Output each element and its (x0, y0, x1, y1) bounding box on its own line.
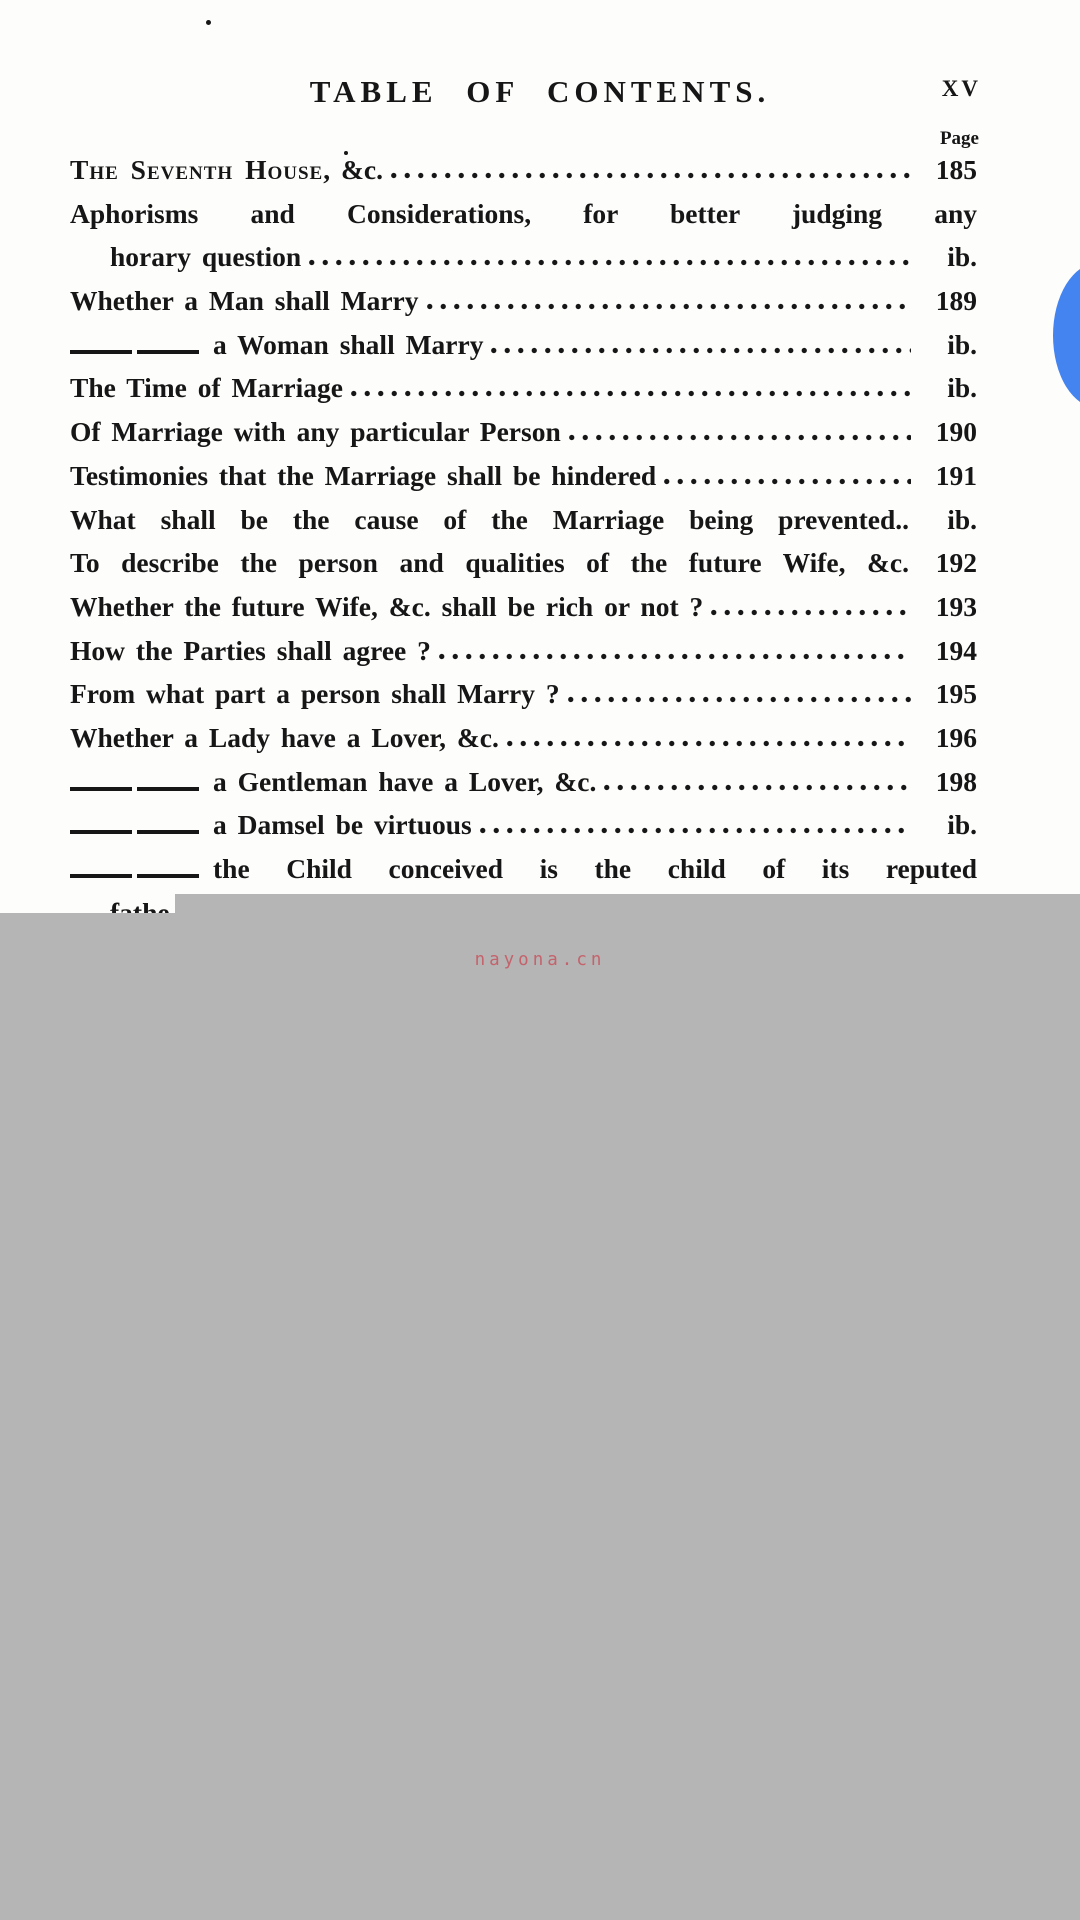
toc-list: The Seventh House, &c.185Aphorisms and C… (70, 148, 977, 934)
toc-entry: To describe the person and qualities of … (70, 541, 977, 585)
watermark-text: nayona.cn (0, 950, 1080, 970)
toc-entry: a Damsel be virtuousib. (70, 803, 977, 847)
toc-entry-page-number: 192 (921, 541, 977, 585)
leader-dots (476, 827, 911, 834)
toc-entry: the Child conceived is the child of its … (70, 847, 977, 891)
toc-entry: How the Parties shall agree ?194 (70, 629, 977, 673)
ink-speck (206, 20, 211, 25)
gray-redaction-notch (175, 894, 1080, 913)
gray-redaction-area (0, 913, 1080, 1920)
page-title: TABLE OF CONTENTS. (0, 74, 1080, 110)
leader-dots (564, 696, 911, 703)
leader-dots (387, 172, 911, 179)
leader-dots (305, 259, 911, 266)
leader-dots (487, 347, 911, 354)
toc-entry: Whether the future Wife, &c. shall be ri… (70, 585, 977, 629)
toc-entry-label: To describe the person and qualities of … (70, 541, 909, 585)
toc-entry: Aphorisms and Considerations, for better… (70, 192, 977, 236)
toc-entry-label: What shall be the cause of the Marriage … (70, 498, 909, 542)
toc-entry: Whether a Man shall Marry189 (70, 279, 977, 323)
toc-entry-page-number: 191 (921, 454, 977, 498)
toc-entry-page-number: 194 (921, 629, 977, 673)
toc-entry: The Seventh House, &c.185 (70, 148, 977, 192)
toc-entry: horary questionib. (70, 235, 977, 279)
toc-entry-label: a Gentleman have a Lover, &c. (213, 760, 596, 804)
toc-entry: a Gentleman have a Lover, &c.198 (70, 760, 977, 804)
folio-number: XV (942, 76, 981, 102)
toc-entry-label: Whether a Man shall Marry (70, 279, 419, 323)
toc-entry-page-number: ib. (921, 323, 977, 367)
toc-entry-page-number: 189 (921, 279, 977, 323)
toc-entry-label: Whether a Lady have a Lover, &c. (70, 716, 499, 760)
toc-entry-label: a Damsel be virtuous (213, 803, 472, 847)
toc-entry-label: From what part a person shall Marry ? (70, 672, 560, 716)
toc-entry-label: The Time of Marriage (70, 366, 343, 410)
leader-dots (503, 740, 911, 747)
toc-entry-label: horary question (70, 235, 301, 279)
leader-dots (707, 609, 911, 616)
toc-entry-label: a Woman shall Marry (213, 323, 483, 367)
leader-dots (347, 390, 911, 397)
ditto-dash-rule (70, 803, 199, 847)
toc-entry-page-number: ib. (921, 803, 977, 847)
toc-entry-page-number: ib. (921, 235, 977, 279)
toc-entry: From what part a person shall Marry ?195 (70, 672, 977, 716)
toc-entry-page-number: 193 (921, 585, 977, 629)
leader-dots (660, 478, 911, 485)
toc-entry-smallcaps: The Seventh House (70, 154, 323, 185)
ditto-dash-rule (70, 323, 199, 367)
ditto-dash-rule (70, 760, 199, 804)
toc-entry: Testimonies that the Marriage shall be h… (70, 454, 977, 498)
toc-entry-label: Aphorisms and Considerations, for better… (70, 192, 977, 236)
toc-entry-page-number: 196 (921, 716, 977, 760)
page-column-header: Page (940, 128, 979, 150)
blue-edge-bubble[interactable] (1053, 263, 1080, 408)
toc-entry-label: Whether the future Wife, &c. shall be ri… (70, 585, 703, 629)
toc-entry-label: How the Parties shall agree ? (70, 629, 431, 673)
toc-entry-page-number: 185 (921, 148, 977, 192)
toc-entry-label: Testimonies that the Marriage shall be h… (70, 454, 656, 498)
toc-entry: The Time of Marriageib. (70, 366, 977, 410)
toc-entry: a Woman shall Marryib. (70, 323, 977, 367)
toc-entry-page-number: 190 (921, 410, 977, 454)
toc-entry-label: the Child conceived is the child of its … (213, 847, 977, 891)
leader-dots (423, 303, 911, 310)
toc-entry-label: Of Marriage with any particular Person (70, 410, 561, 454)
toc-entry-page-number: ib. (921, 366, 977, 410)
toc-entry: Whether a Lady have a Lover, &c.196 (70, 716, 977, 760)
leader-dots (600, 784, 911, 791)
toc-entry-page-number: ib. (921, 498, 977, 542)
toc-entry-label: The Seventh House, &c. (70, 148, 383, 192)
toc-entry: Of Marriage with any particular Person19… (70, 410, 977, 454)
ditto-dash-rule (70, 847, 199, 891)
toc-entry: What shall be the cause of the Marriage … (70, 498, 977, 542)
toc-entry-label-rest: , &c. (323, 154, 383, 185)
toc-entry-page-number: 198 (921, 760, 977, 804)
leader-dots (435, 653, 911, 660)
toc-entry-page-number: 195 (921, 672, 977, 716)
leader-dots (565, 434, 911, 441)
